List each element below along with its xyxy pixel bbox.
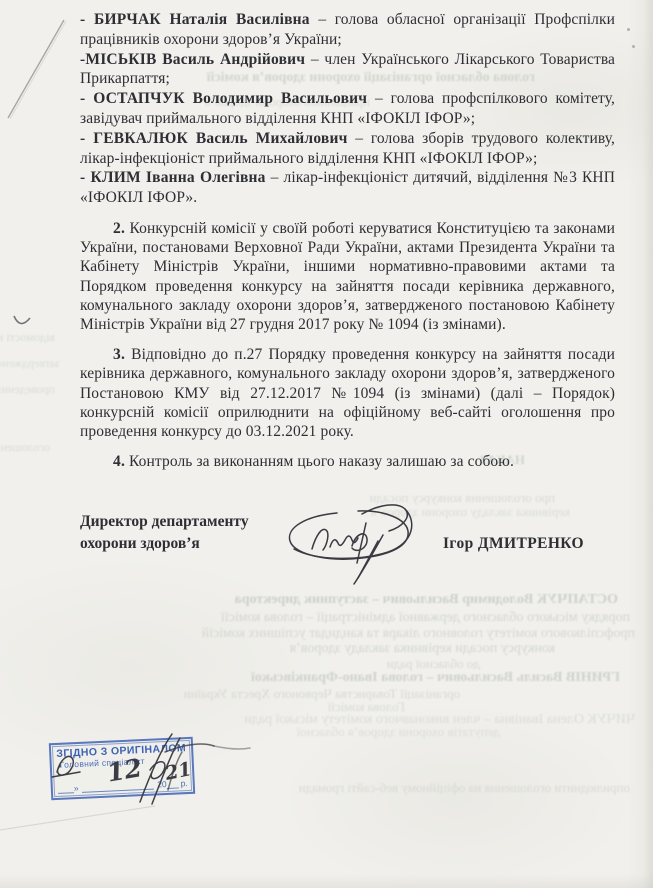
document-body: - БИРЧАК Наталія Василівна – голова обла… (80, 10, 615, 471)
bleedthrough-text: керівника закладу охорони здоров’я (290, 504, 570, 520)
member-item-miskiv: -МІСЬКІВ Василь Андрійович – член Україн… (80, 50, 615, 90)
member-item-ostapchuk: - ОСТАПЧУК Володимир Васильович – голова… (80, 89, 615, 129)
signer-position-line1: Директор департаменту (80, 511, 249, 533)
scan-crease-artifact (8, 20, 66, 119)
clause-number: 3. (113, 346, 125, 363)
handwritten-day: 12 (105, 753, 144, 787)
clause-4: 4. Контроль за виконанням цього наказу з… (80, 452, 615, 471)
signer-name: Ігор ДМИТРЕНКО (443, 535, 584, 553)
bleedthrough-text: ОСТАПЧУК Володимир Васильович – заступни… (168, 592, 618, 608)
stamp-day-blank (58, 783, 74, 794)
bleedthrough-text: профспілкового комітету головного лікаря… (95, 626, 635, 642)
signer-position: Директор департаменту охорони здоров’я (80, 511, 249, 555)
bleedthrough-text: затвердженого порядку (0, 356, 60, 371)
bleedthrough-text: порядку міського обласного державної адм… (100, 610, 630, 626)
member-bullet: - (80, 169, 91, 186)
member-name: КЛИМ Іванна Олегівна (91, 169, 266, 186)
member-bullet: - (80, 90, 93, 107)
clause-number: 2. (113, 220, 125, 237)
scan-crease-artifact (0, 806, 155, 830)
member-item-byrchak: - БИРЧАК Наталія Василівна – голова обла… (80, 10, 615, 50)
scan-speck (632, 45, 635, 48)
member-name: ОСТАПЧУК Володимир Васильович (93, 90, 367, 107)
member-name: ГЕВКАЛЮК Василь Михайлович (93, 130, 347, 147)
clause-2: 2. Конкурсній комісії у своїй роботі кер… (80, 219, 615, 334)
bleedthrough-text: ГРИНІВ Василь Васильович – голова Івано-… (140, 670, 620, 686)
member-item-klym: - КЛИМ Іванна Олегівна – лікар-інфекціон… (80, 168, 615, 208)
certification-stamp: ЗГІДНО З ОРИГІНАЛОМ Головний спеціаліст … (49, 737, 195, 800)
bleedthrough-text: проведення конкурсу (0, 382, 55, 397)
member-name: БИРЧАК Наталія Василівна (94, 11, 310, 28)
bleedthrough-text: ЧИЧУК Олена Іванівна – член виконавчого … (120, 712, 635, 728)
bleedthrough-text: оголошення (0, 440, 50, 455)
clause-number: 4. (113, 453, 125, 470)
stamp-year-prefix: 20 (157, 779, 167, 789)
handwritten-year: 21 (163, 758, 193, 785)
clause-3: 3. Відповідно до п.27 Порядку проведення… (80, 345, 615, 441)
bleedthrough-text: організації Товариства Червоного Хреста … (140, 686, 460, 702)
director-signature-ink (289, 505, 411, 584)
member-item-gevkaliuk: - ГЕВКАЛЮК Василь Михайлович – голова зб… (80, 129, 615, 169)
bleedthrough-text: оприлюднити оголошення на офіційному веб… (160, 780, 630, 796)
bleedthrough-text: депутатів охорони здоров’я обласної (140, 724, 500, 740)
clause-text: Відповідно до п.27 Порядку проведення ко… (80, 346, 615, 440)
scanned-document-page: { "page": { "background_color": "#f1f0ec… (0, 0, 653, 888)
signer-position-line2: охорони здоров’я (80, 533, 249, 555)
member-bullet: - (80, 130, 93, 147)
member-bullet: - (80, 11, 94, 28)
bleedthrough-text: про оголошення конкурсу посади (295, 490, 555, 506)
member-name: МІСЬКІВ Василь Андрійович (85, 51, 305, 68)
clause-text: Конкурсній комісії у своїй роботі керува… (80, 220, 615, 333)
bleedthrough-text: відомості комісії (0, 330, 55, 345)
scan-speck (627, 28, 630, 31)
pen-mark-artifact (14, 316, 30, 324)
bleedthrough-text: Голова комісії (290, 699, 405, 715)
bleedthrough-text: до обласної ради (300, 656, 480, 672)
clause-text: Контроль за виконанням цього наказу зали… (125, 453, 514, 470)
stamp-quote: » (74, 783, 79, 793)
bleedthrough-text: конкурсу посади керівника закладу здоров… (95, 641, 555, 657)
